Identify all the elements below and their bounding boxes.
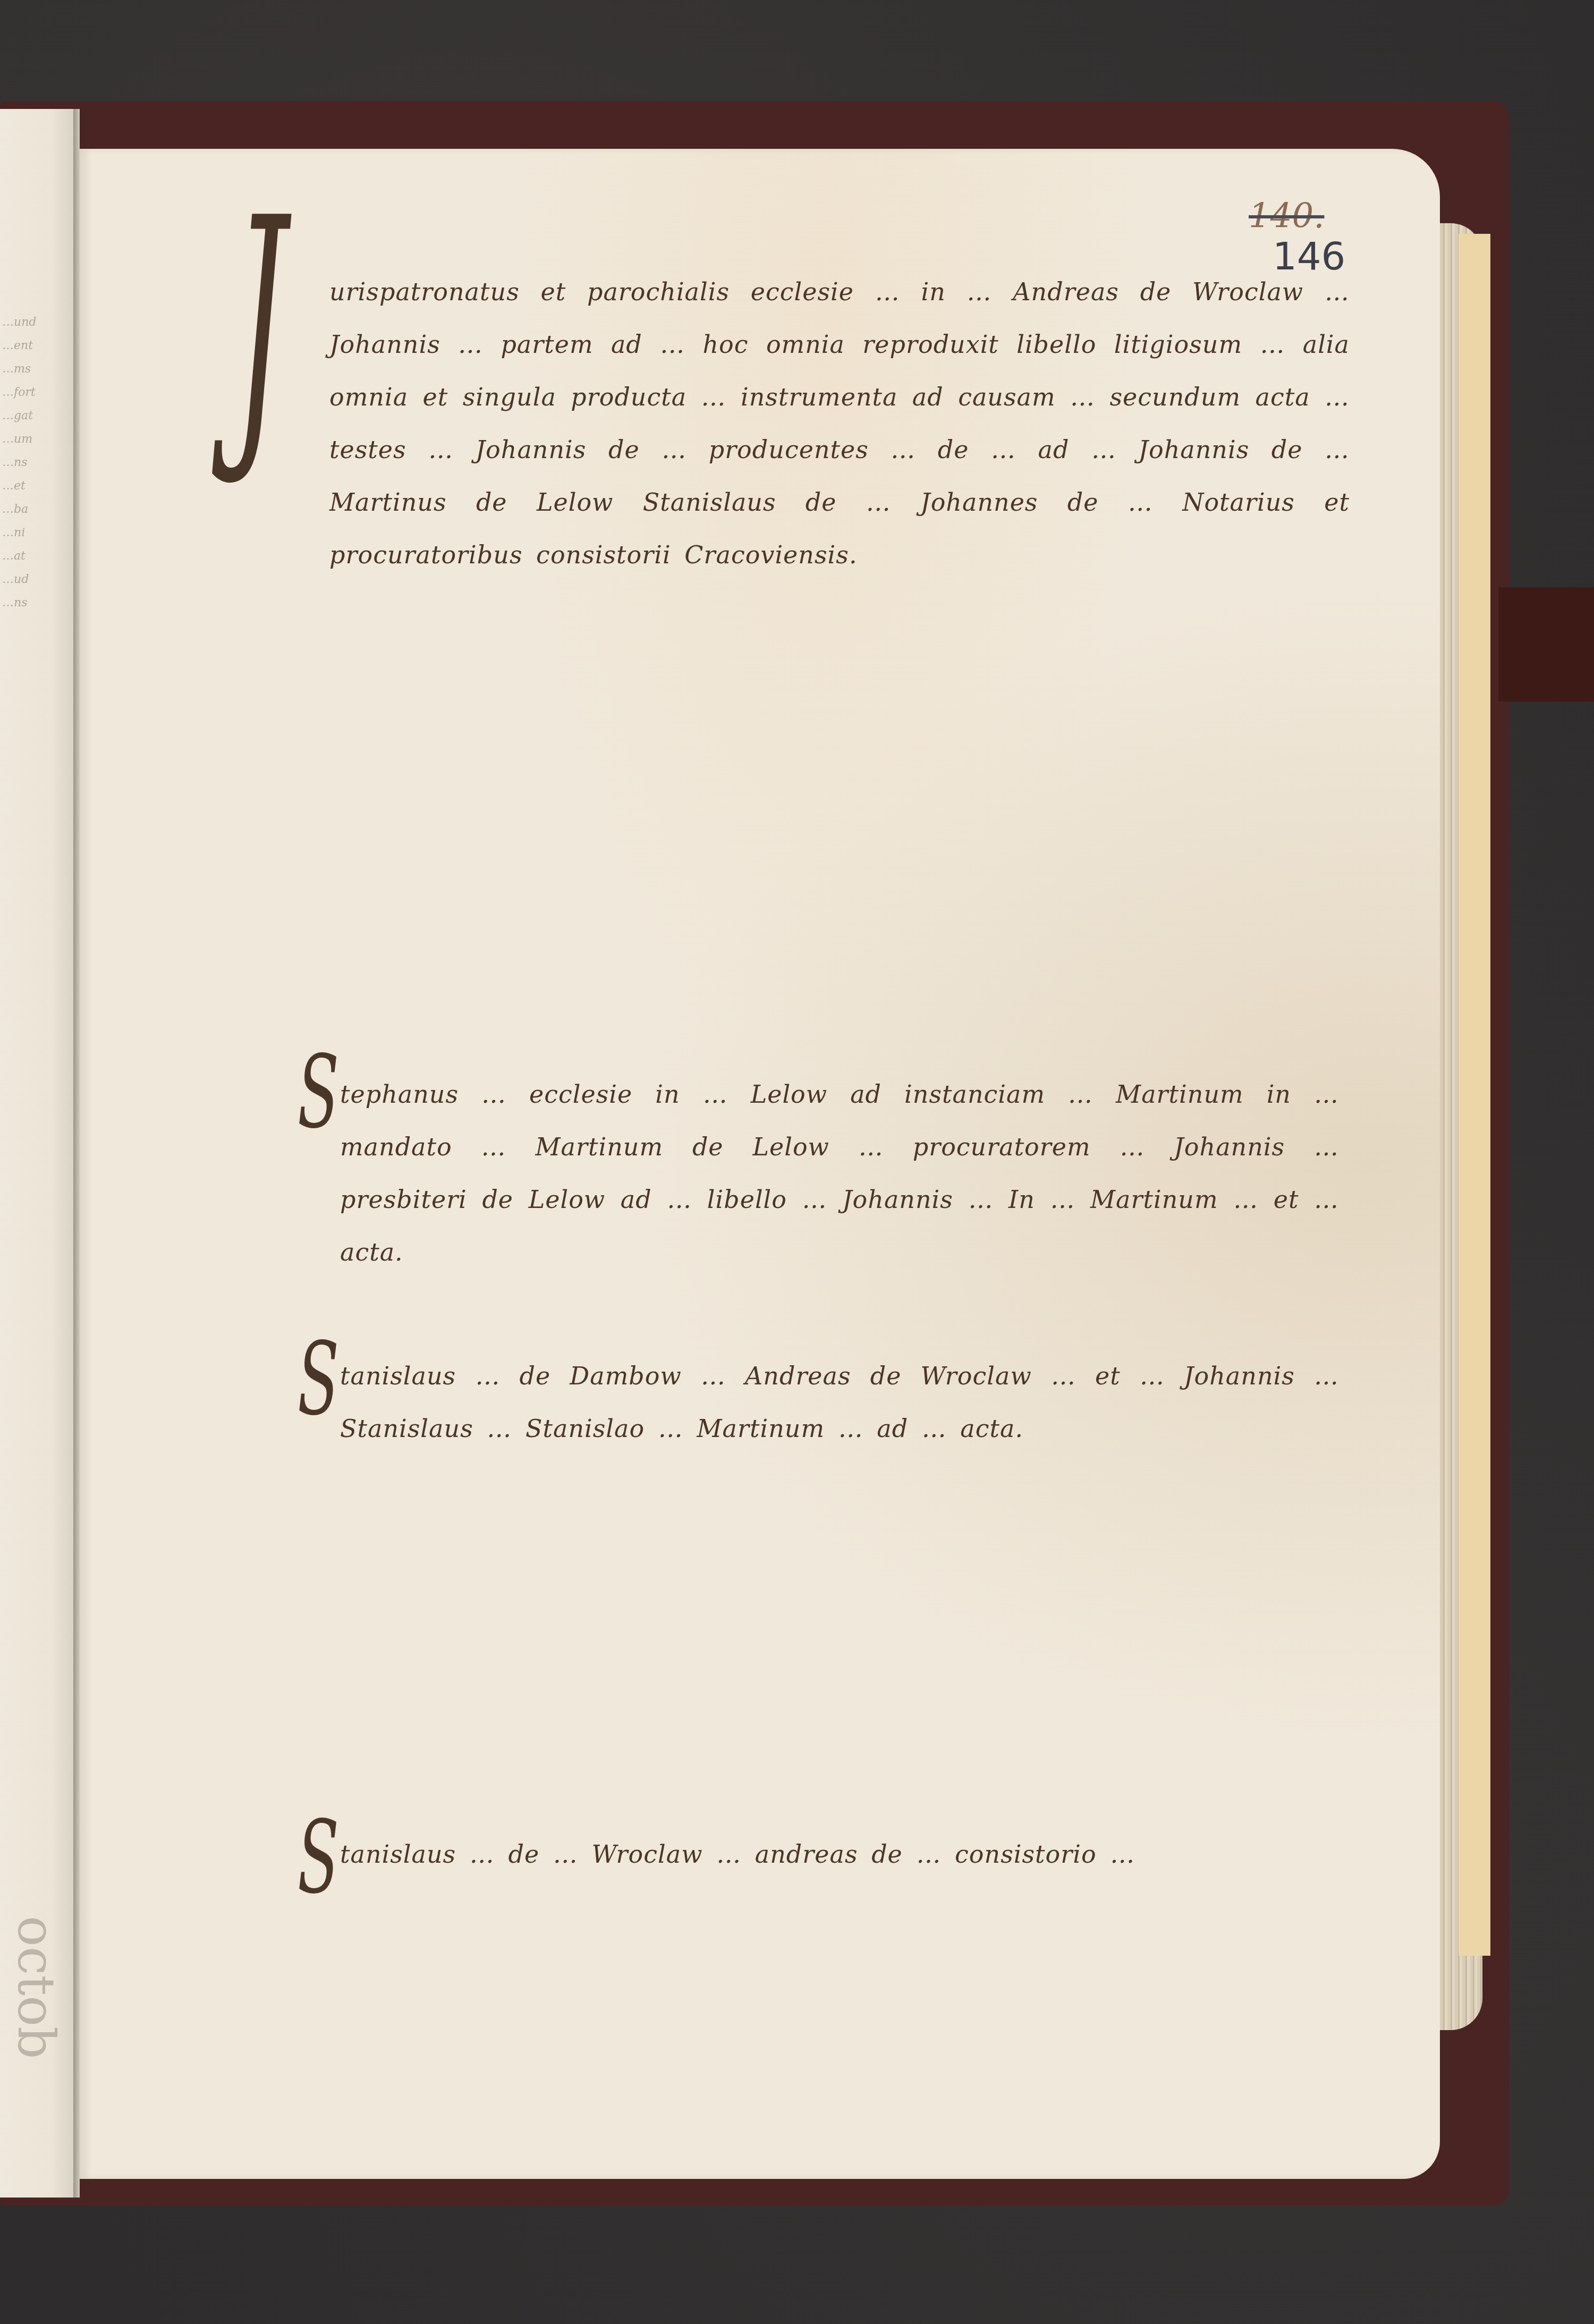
folio-number-old: 140. [1249, 197, 1325, 236]
left-page-show-through: octob [2, 1916, 66, 2075]
clasp-strap [1498, 587, 1594, 702]
initial-letter: J [234, 181, 285, 468]
initial-letter: S [298, 1807, 339, 1908]
left-page-text-fragment: …und …ent …ms …fort …gat …um …ns …et …ba… [2, 311, 66, 1799]
initial-letter: S [298, 1042, 339, 1143]
initial-letter: S [298, 1329, 339, 1430]
left-page-edge: …und …ent …ms …fort …gat …um …ns …et …ba… [0, 109, 74, 2198]
paragraph-2: tephanus … ecclesie in … Lelow ad instan… [340, 1068, 1339, 1318]
paragraph-1: urispatronatus et parochialis ecclesie …… [329, 266, 1350, 999]
endpaper [1459, 234, 1490, 1956]
paragraph-4: tanislaus … de … Wroclaw … andreas de … … [340, 1828, 1339, 2004]
paragraph-3: tanislaus … de Dambow … Andreas de Wrocl… [340, 1350, 1339, 1770]
gutter [73, 109, 80, 2198]
